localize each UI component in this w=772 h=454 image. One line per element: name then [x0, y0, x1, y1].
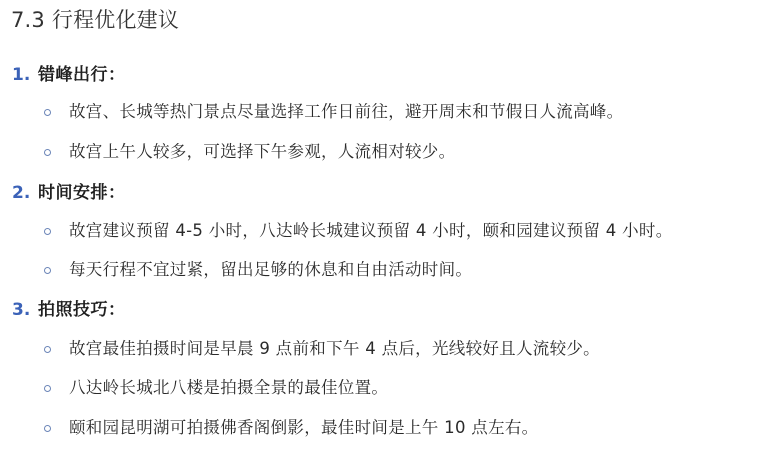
- list-item-text: 故宫最佳拍摄时间是早晨 9 点前和下午 4 点后，光线较好且人流较少。: [69, 337, 600, 361]
- hollow-circle-bullet-icon: [44, 425, 51, 432]
- list-item: 故宫建议预留 4-5 小时，八达岭长城建议预留 4 小时，颐和园建议预留 4 小…: [44, 219, 673, 243]
- list-item: 故宫最佳拍摄时间是早晨 9 点前和下午 4 点后，光线较好且人流较少。: [44, 337, 600, 361]
- list-item: 故宫、长城等热门景点尽量选择工作日前往，避开周末和节假日人流高峰。: [44, 100, 623, 124]
- hollow-circle-bullet-icon: [44, 346, 51, 353]
- list-heading-schedule: 2. 时间安排：: [12, 180, 126, 206]
- list-item: 故宫上午人较多，可选择下午参观，人流相对较少。: [44, 140, 455, 164]
- hollow-circle-bullet-icon: [44, 149, 51, 156]
- list-item-text: 故宫、长城等热门景点尽量选择工作日前往，避开周末和节假日人流高峰。: [69, 100, 623, 124]
- list-heading-text: 拍照技巧：: [38, 297, 126, 323]
- list-item: 每天行程不宜过紧，留出足够的休息和自由活动时间。: [44, 258, 472, 282]
- list-item-text: 颐和园昆明湖可拍摄佛香阁倒影，最佳时间是上午 10 点左右。: [69, 416, 539, 440]
- list-item: 八达岭长城北八楼是拍摄全景的最佳位置。: [44, 376, 388, 400]
- list-number: 3.: [12, 297, 38, 323]
- list-heading-text: 时间安排：: [38, 180, 126, 206]
- list-item-text: 每天行程不宜过紧，留出足够的休息和自由活动时间。: [69, 258, 472, 282]
- hollow-circle-bullet-icon: [44, 228, 51, 235]
- list-item-text: 故宫建议预留 4-5 小时，八达岭长城建议预留 4 小时，颐和园建议预留 4 小…: [69, 219, 673, 243]
- list-heading-photo-tips: 3. 拍照技巧：: [12, 297, 126, 323]
- list-number: 2.: [12, 180, 38, 206]
- hollow-circle-bullet-icon: [44, 385, 51, 392]
- hollow-circle-bullet-icon: [44, 109, 51, 116]
- list-item-text: 故宫上午人较多，可选择下午参观，人流相对较少。: [69, 140, 455, 164]
- hollow-circle-bullet-icon: [44, 267, 51, 274]
- list-item-text: 八达岭长城北八楼是拍摄全景的最佳位置。: [69, 376, 388, 400]
- list-heading-text: 错峰出行：: [38, 62, 126, 88]
- list-item: 颐和园昆明湖可拍摄佛香阁倒影，最佳时间是上午 10 点左右。: [44, 416, 539, 440]
- list-number: 1.: [12, 62, 38, 88]
- section-title: 7.3 行程优化建议: [11, 6, 179, 34]
- list-heading-off-peak: 1. 错峰出行：: [12, 62, 126, 88]
